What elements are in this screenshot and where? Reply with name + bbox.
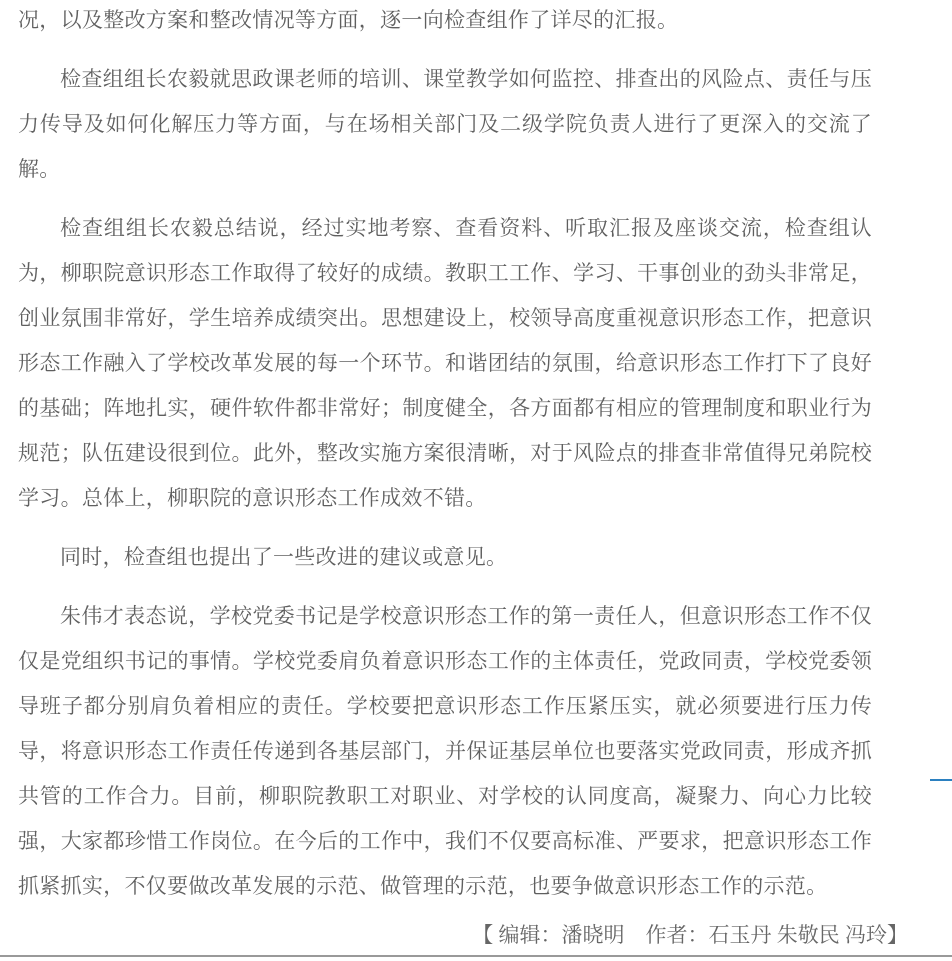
right-accent-mark <box>930 779 952 781</box>
article-body: 况，以及整改方案和整改情况等方面，逐一向检查组作了详尽的汇报。 检查组组长农毅就… <box>18 0 872 923</box>
paragraph: 检查组组长农毅总结说，经过实地考察、查看资料、听取汇报及座谈交流，检查组认为，柳… <box>18 206 872 521</box>
paragraph: 同时，检查组也提出了一些改进的建议或意见。 <box>18 535 872 580</box>
bottom-rule <box>0 955 952 957</box>
footer-credits: 【 编辑：潘晓明 作者：石玉丹 朱敬民 冯玲】 <box>472 922 908 948</box>
paragraph: 检查组组长农毅就思政课老师的培训、课堂教学如何监控、排查出的风险点、责任与压力传… <box>18 57 872 192</box>
paragraph: 朱伟才表态说，学校党委书记是学校意识形态工作的第一责任人，但意识形态工作不仅仅是… <box>18 594 872 909</box>
document-page: 况，以及整改方案和整改情况等方面，逐一向检查组作了详尽的汇报。 检查组组长农毅就… <box>0 0 952 961</box>
paragraph: 况，以及整改方案和整改情况等方面，逐一向检查组作了详尽的汇报。 <box>18 0 872 43</box>
